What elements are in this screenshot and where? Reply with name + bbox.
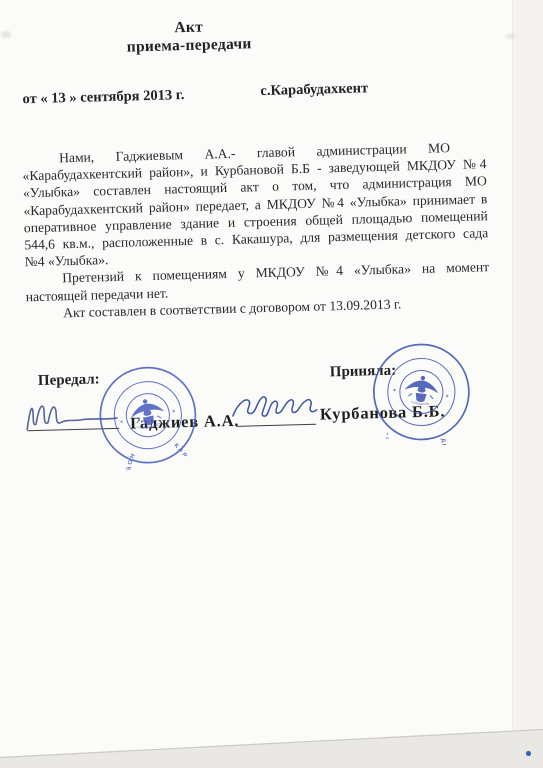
scan-area: Акт приема-передачи от « 13 » сентября 2…	[0, 0, 543, 768]
scanned-act-document: { "doc": { "title": { "line1": "Акт", "l…	[0, 0, 543, 768]
ink-speck	[526, 751, 531, 756]
paper-bottom-edge	[0, 0, 543, 768]
scan-smudge	[506, 34, 515, 39]
scan-smudge	[1, 31, 11, 38]
